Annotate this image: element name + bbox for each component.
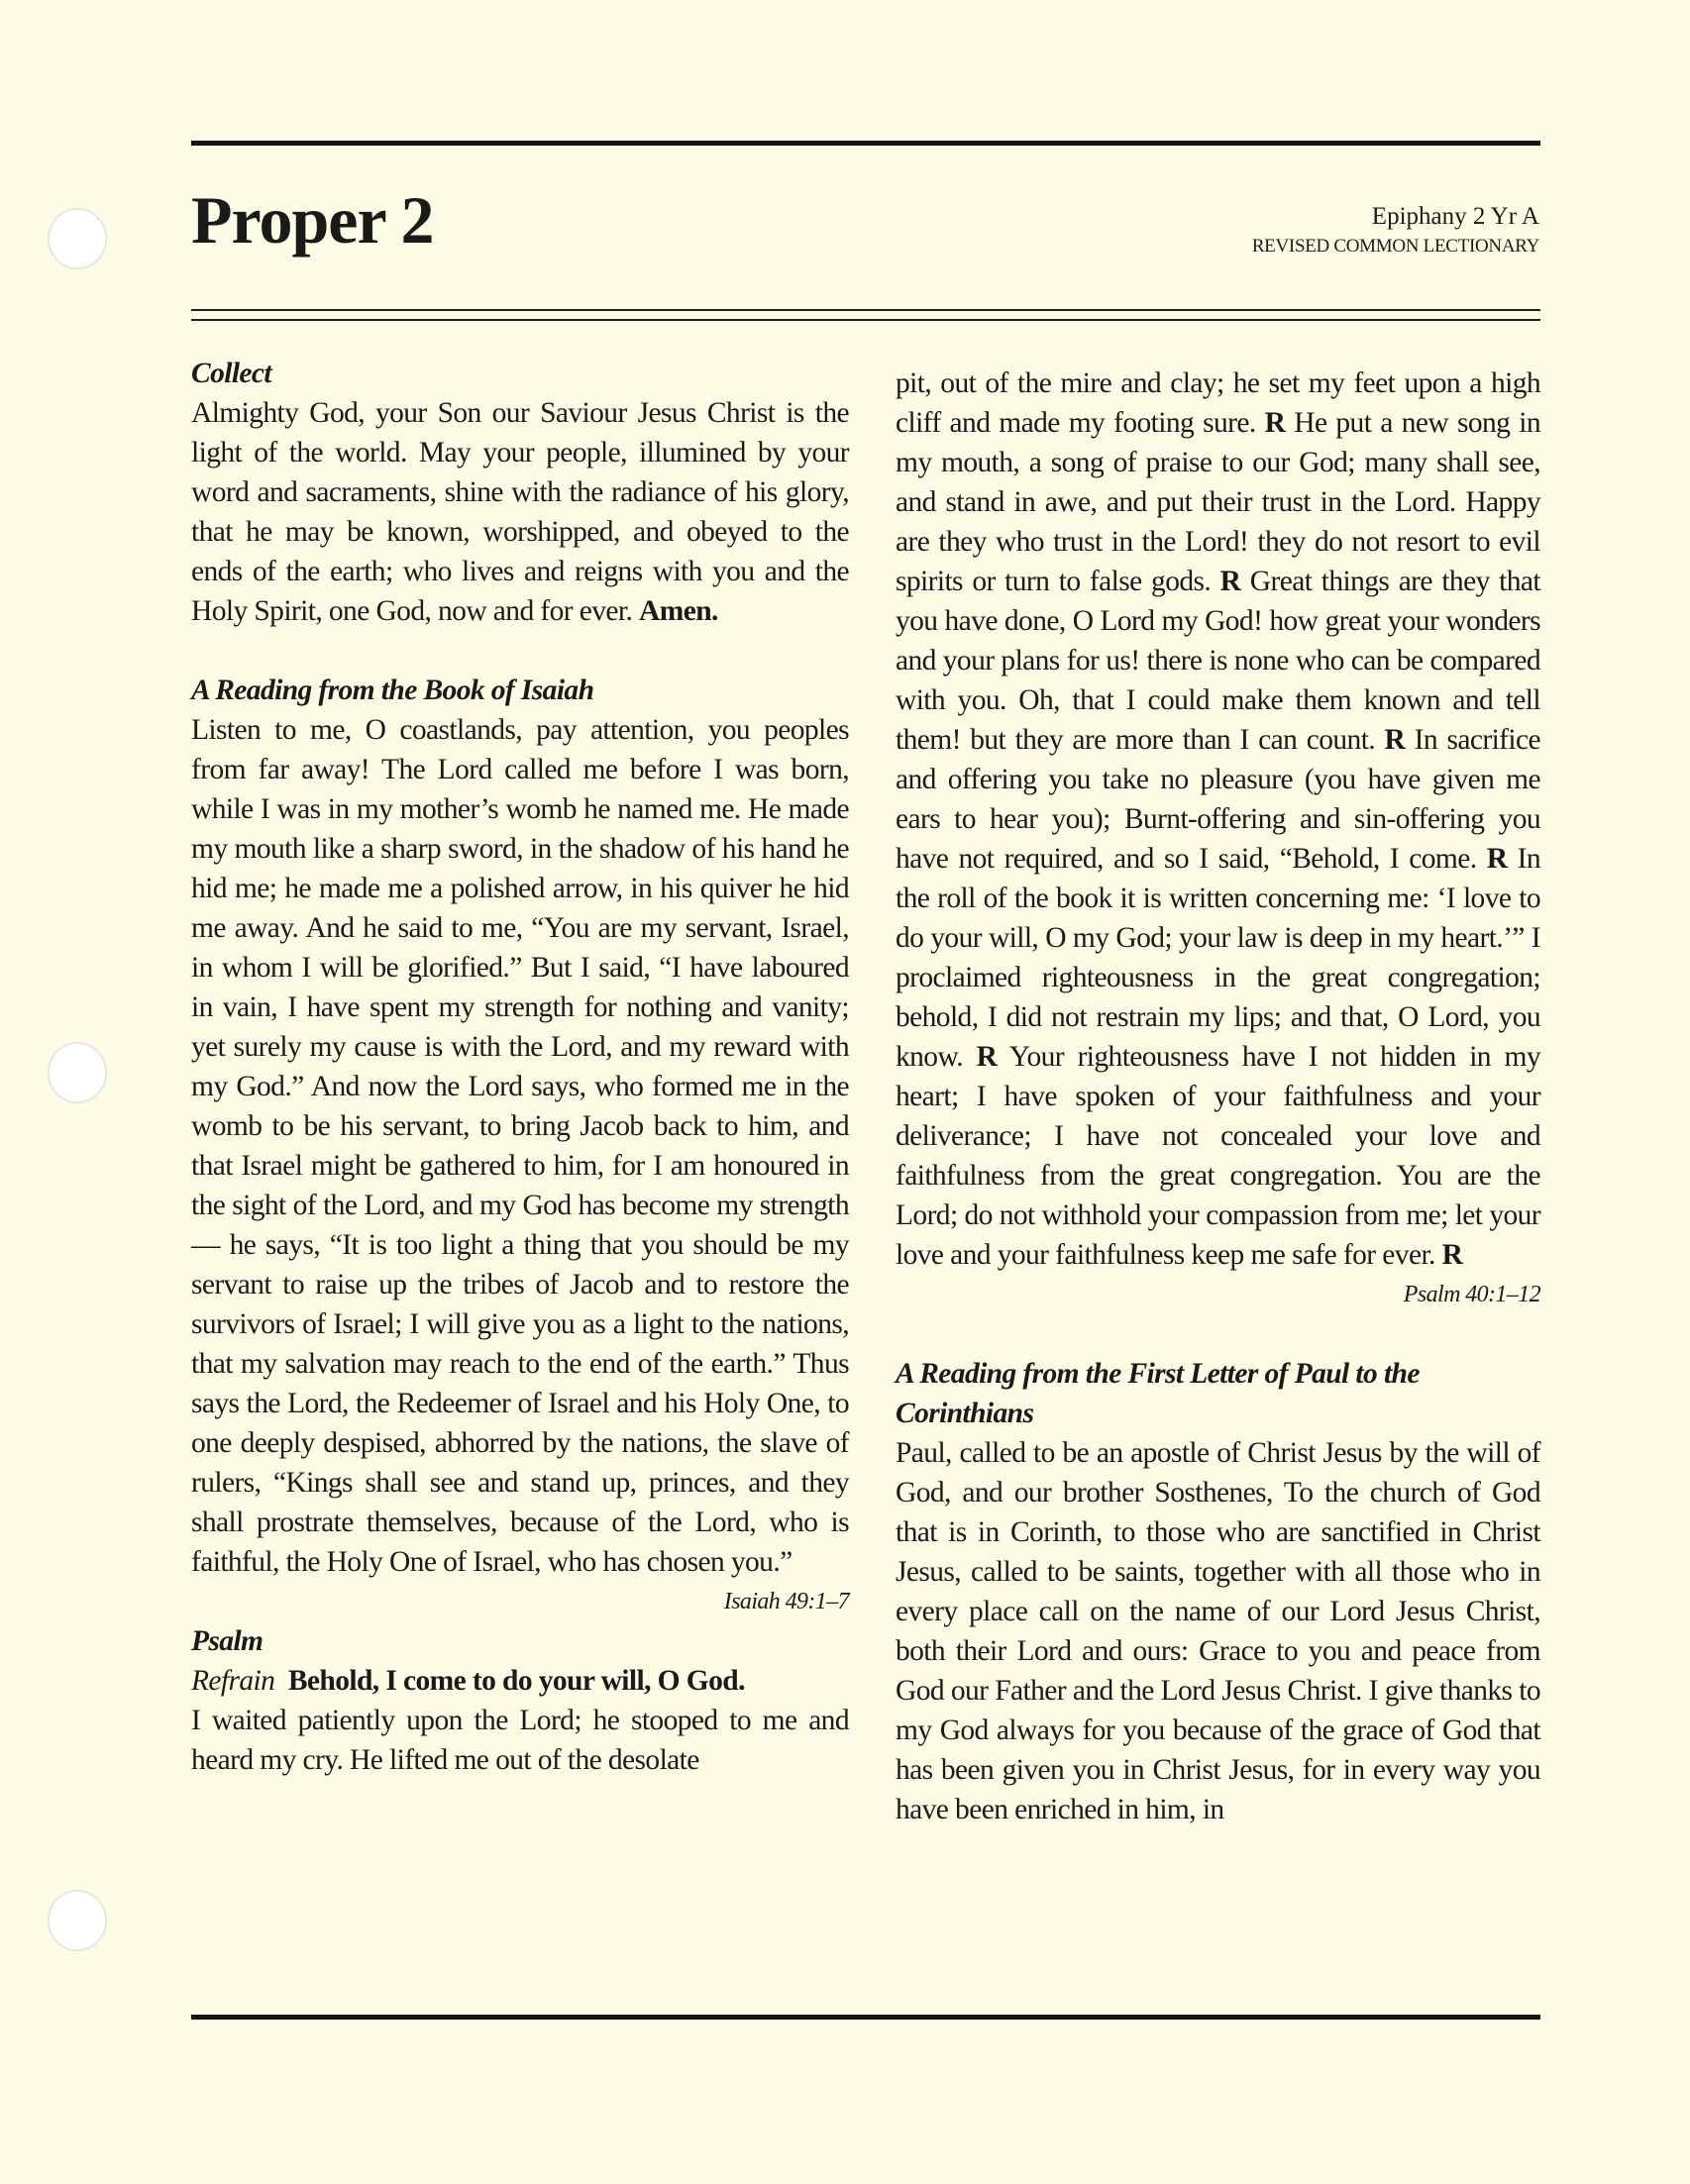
first-reading-body: Listen to me, O coastlands, pay attentio… <box>191 714 849 1578</box>
first-reading-text: Listen to me, O coastlands, pay attentio… <box>191 710 849 1582</box>
lectionary-label: REVISED COMMON LECTIONARY <box>1252 232 1539 261</box>
psalm-continuation: pit, out of the mire and clay; he set my… <box>896 364 1540 1275</box>
first-reading-heading: A Reading from the Book of Isaiah <box>191 671 849 710</box>
refrain-marker: R <box>1220 566 1241 597</box>
collect-heading: Collect <box>191 354 849 393</box>
right-column: pit, out of the mire and clay; he set my… <box>896 364 1540 1829</box>
refrain-marker: R <box>1265 407 1286 439</box>
refrain-label: Refrain <box>191 1665 274 1697</box>
psalm-refrain: Refrain Behold, I come to do your will, … <box>191 1661 849 1701</box>
refrain-marker: R <box>1487 843 1508 875</box>
header-double-rule-upper <box>191 309 1540 311</box>
psalm-verse-1-start: I waited patiently upon the Lord; he sto… <box>191 1701 849 1780</box>
first-reading-section: A Reading from the Book of Isaiah Listen… <box>191 671 849 1582</box>
binder-hole-bottom <box>48 1890 107 1951</box>
psalm-verse-5: In the roll of the book it is written co… <box>896 843 1540 1073</box>
second-reading-text: Paul, called to be an apostle of Christ … <box>896 1433 1540 1829</box>
psalm-heading: Psalm <box>191 1621 849 1661</box>
psalm-verse-6: Your righteousness have I not hidden in … <box>896 1041 1540 1271</box>
refrain-marker: R <box>1385 724 1406 756</box>
top-rule <box>191 141 1540 146</box>
binder-hole-middle <box>48 1042 107 1103</box>
collect-text: Almighty God, your Son our Saviour Jesus… <box>191 393 849 631</box>
first-reading-citation: Isaiah 49:1–7 <box>724 1582 849 1621</box>
collect-section: Collect Almighty God, your Son our Savio… <box>191 354 849 631</box>
page-subtitle: Epiphany 2 Yr A REVISED COMMON LECTIONAR… <box>1252 202 1539 261</box>
refrain-marker: R <box>1442 1239 1463 1271</box>
bottom-rule <box>191 2015 1540 2020</box>
page-title: Proper 2 <box>191 186 433 254</box>
binder-hole-top <box>48 208 107 269</box>
refrain-text: Behold, I come to do your will, O God. <box>288 1665 745 1697</box>
header-double-rule-lower <box>191 319 1540 321</box>
second-reading-heading: A Reading from the First Letter of Paul … <box>896 1354 1540 1433</box>
amen: Amen. <box>639 595 718 627</box>
refrain-marker: R <box>977 1041 998 1073</box>
psalm-citation: Psalm 40:1–12 <box>896 1275 1540 1314</box>
left-column: Collect Almighty God, your Son our Savio… <box>191 354 849 1780</box>
second-reading-section: A Reading from the First Letter of Paul … <box>896 1354 1540 1829</box>
occasion-label: Epiphany 2 Yr A <box>1252 202 1539 232</box>
psalm-section: Psalm Refrain Behold, I come to do your … <box>191 1621 849 1780</box>
collect-body: Almighty God, your Son our Saviour Jesus… <box>191 397 849 627</box>
